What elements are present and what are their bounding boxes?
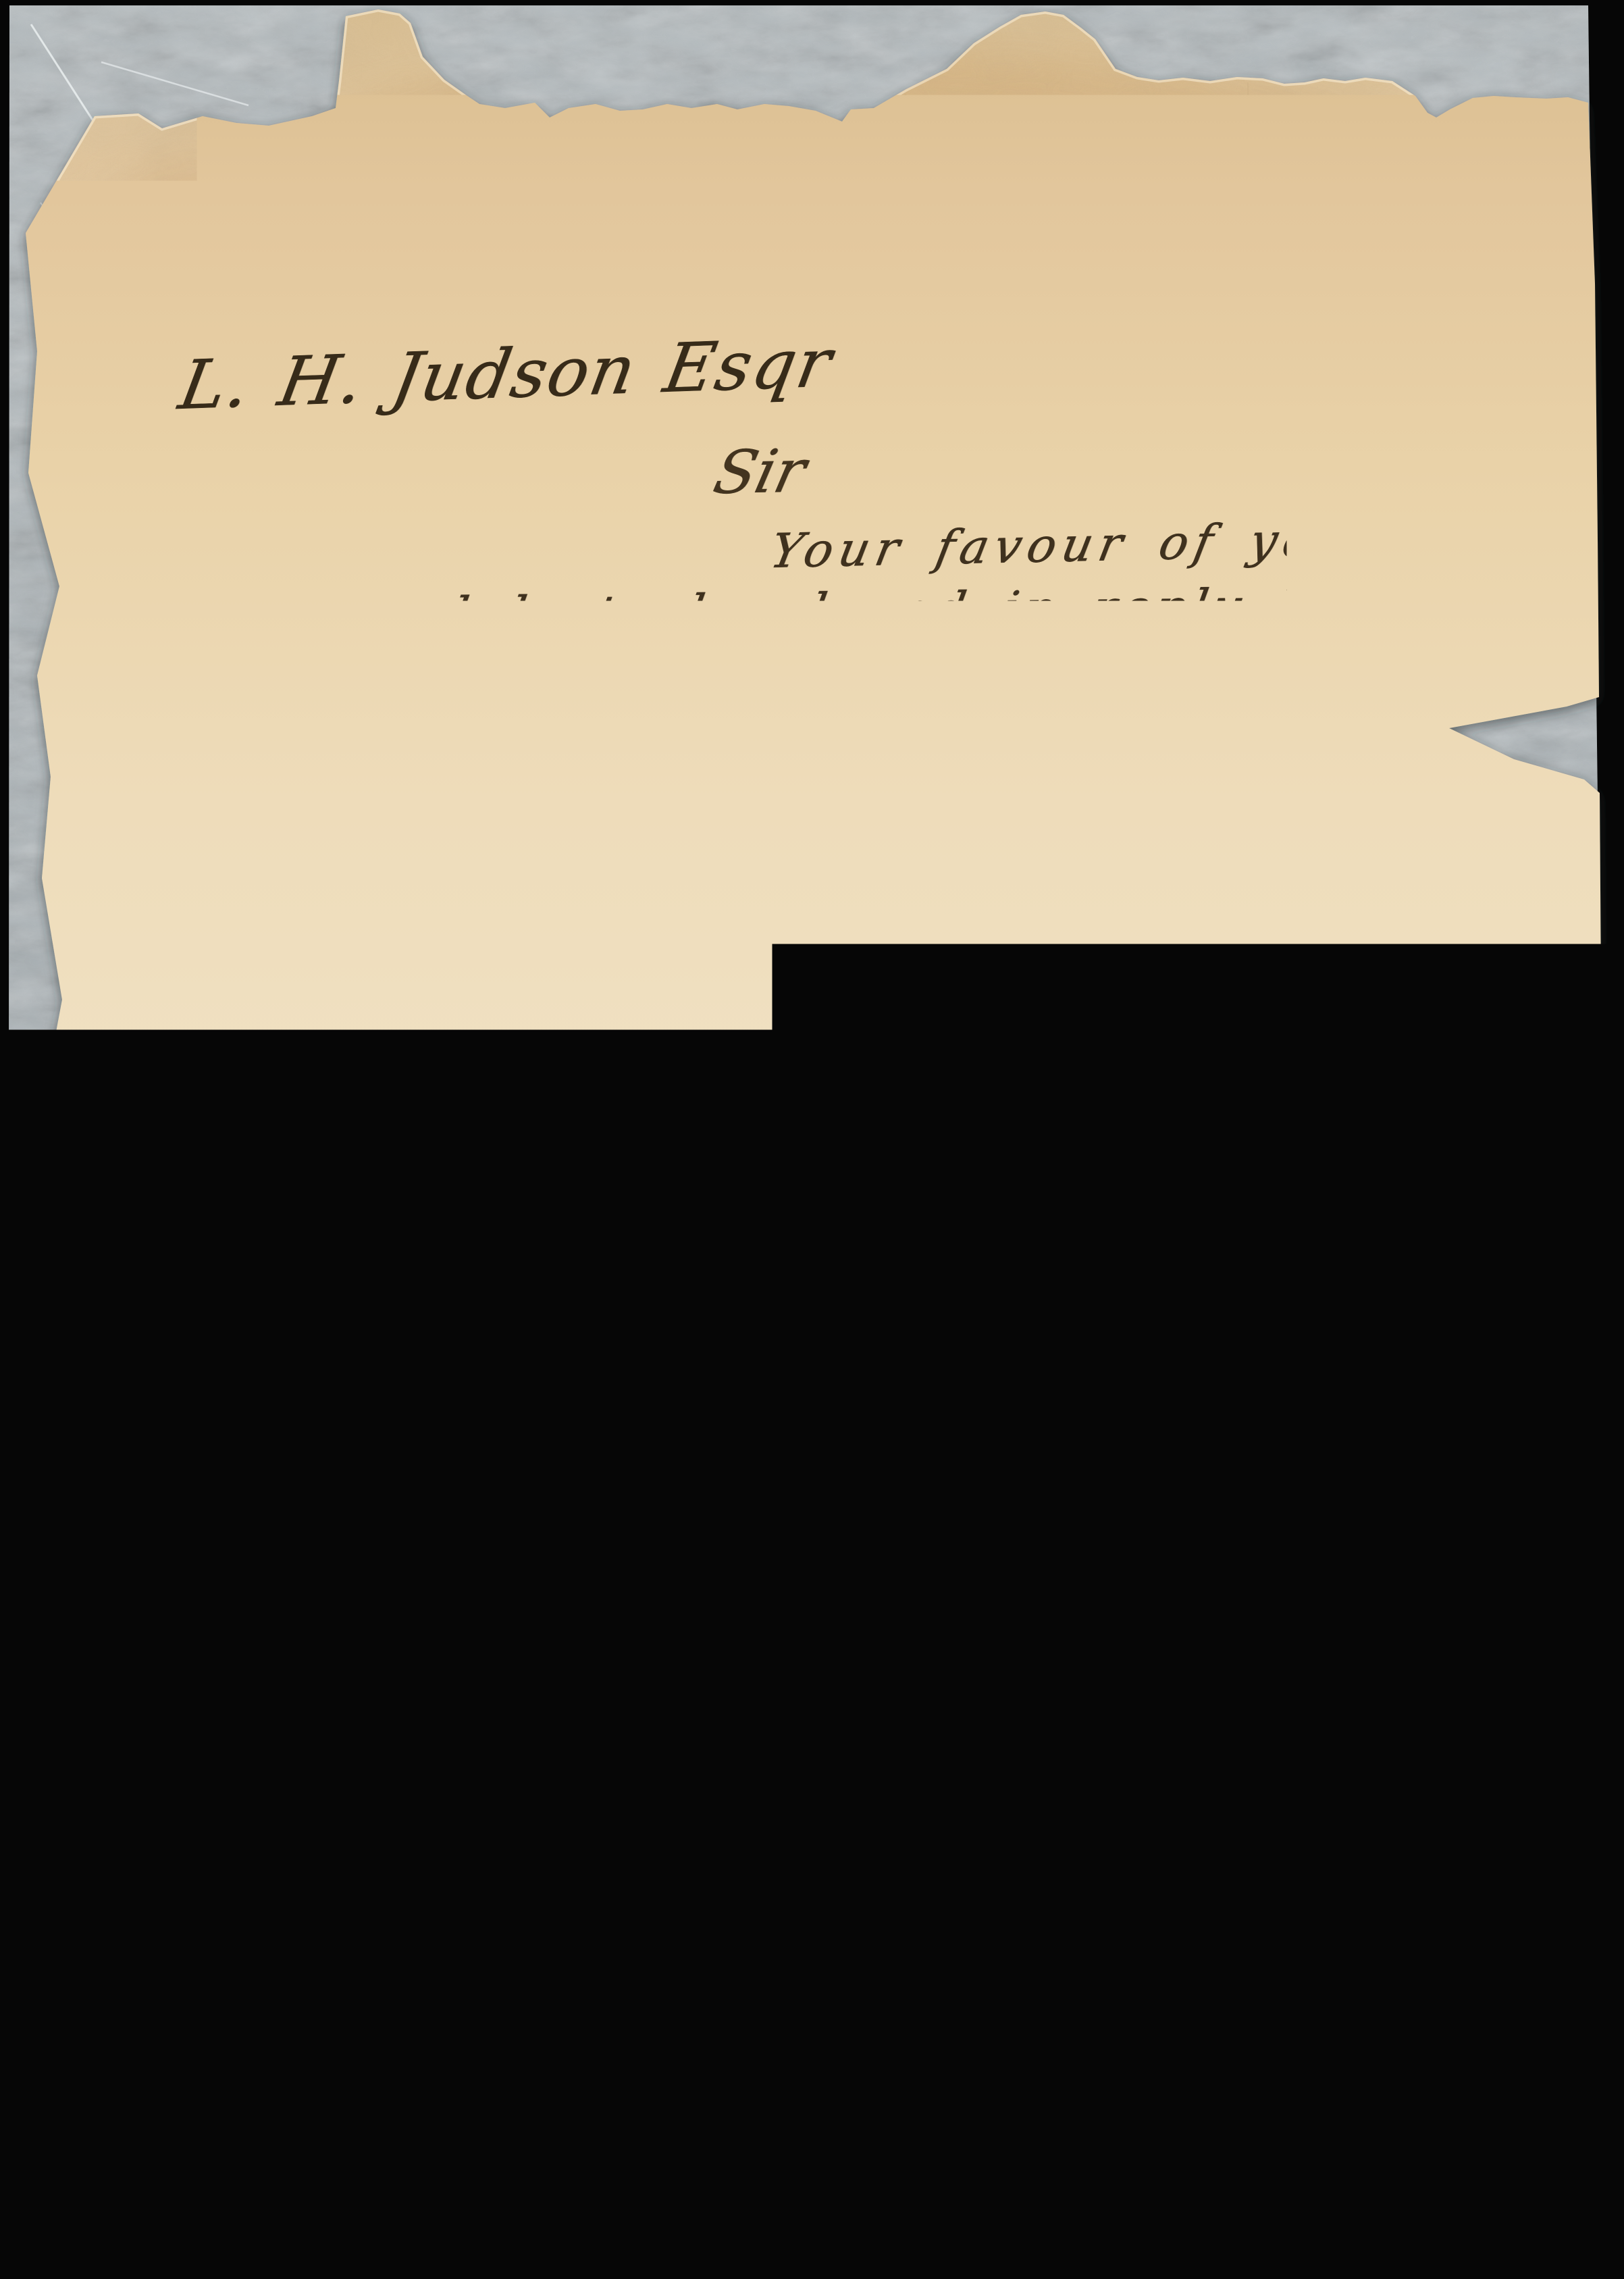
postscript-line-4: me I did you and myself injustice [352,1995,1461,2070]
text-segment: Your Humble obt. [242,1453,824,1514]
underlined-word: like [1039,710,1161,773]
body-line-5: Simpletons, and the sooner such hon- [226,777,1415,851]
scanned-letter-page: L. H. Judson Esqr Sir Your favour of yes… [0,0,1624,2279]
text-segment: contest about such a worthless [255,910,1236,975]
dateline: Wallamet Nov 27th 1848 [145,1574,1154,1681]
text-segment: improprieties towards eachother. The [359,2196,1573,2272]
body-line-3: only to say we have all erred and [253,642,1333,709]
text-segment: the better for us, and all [242,1249,1081,1313]
postscript-line-6: of us will soon be guilty of such [355,2130,1437,2205]
heavy-ink-word: injustice [1147,1995,1461,2056]
text-segment: Your favour of yesterday [766,507,1545,579]
text-segment: by such language, and hope neither [359,2062,1533,2137]
inserted-word: but [826,1439,874,1466]
underlined-word: Simpletons [225,790,565,858]
body-line-2: come duly to hand and in reply I have [248,576,1477,644]
text-segment: probably equally desired [550,1177,1354,1241]
body-line-8: Vagabond as that prisoner, and [242,971,1224,1036]
heavy-ink-word: which [1006,1108,1189,1166]
text-segment: acted imprudently if not [248,711,1049,775]
body-line-12: the better for us, and all concerned- [242,1246,1410,1313]
body-line-9: all with the community unite in [242,1038,1246,1104]
postscript-line-1: N.B. In answer to your remarks touching [244,1789,1588,1867]
heavy-ink-phrase: all treated [1066,1934,1418,1995]
body-line-15: Your Humble obt. buttoo hasty Servant [242,1448,1371,1514]
salutation-text: Sir [708,436,812,507]
text-segment: N.B. In answer to your remarks [244,1793,1317,1867]
text-segment: properly punishing him, [235,1110,1015,1174]
heavy-ink-phrase: one & all of this [708,1387,1247,1448]
body-line-13: in the mean time believe me very [248,1323,1318,1389]
dateline-text: Wallamet Nov 27th 1848 [145,1574,1154,1681]
postscript-line-2: hard names I acknowledge the corn- [359,1863,1550,1939]
faded-segment: as improperly as you [355,1940,1077,2007]
underlined-phrase: acknowledge the corn- [816,1863,1551,1938]
text-segment: of us will soon be guilty of such [355,2130,1437,2205]
salutation: Sir [708,436,812,507]
cramped-word: fraternity [1238,1400,1438,1438]
heavy-ink-word: each [412,1185,558,1242]
insertion-group: buttoo [815,1452,918,1508]
body-line-1: Your favour of yesterday [766,507,1545,579]
body-line-10: properly punishing him, which we [235,1108,1301,1174]
recipient-name: L. H. Judson Esqr [174,324,838,425]
heavy-ink-word: touching [1306,1789,1588,1849]
text-segment: we [1180,1108,1301,1164]
underlined-word: mad [1183,709,1315,772]
text-segment: Vagabond as that prisoner, and [242,971,1224,1036]
text-segment: come duly to hand and in reply I have [248,576,1477,644]
text-segment: have [242,1187,421,1244]
body-line-4: acted imprudently if not like mad [248,709,1315,775]
text-segment: in the mean time believe me very [248,1323,1318,1389]
postscript-line-5: by such language, and hope neither [359,2062,1533,2137]
text-segment: me I did you and [352,2004,955,2070]
postscript-line-3: as improperly as you all treated [355,1934,1417,2007]
postscript-line-7: improprieties towards eachother. The [359,2196,1573,2272]
faded-segment: hard names I [359,1875,827,1939]
underlined-word: myself [943,2001,1157,2066]
body-line-7: contest about such a worthless [255,910,1236,975]
text-segment: sincerely with [242,1392,716,1452]
letter-text-layer: L. H. Judson Esqr Sir Your favour of yes… [0,0,1624,2279]
recipient-line: L. H. Judson Esqr [174,324,838,425]
underlined-word: concerned- [1071,1246,1410,1311]
text-segment: only to say we have all erred and [253,642,1333,709]
text-segment: all with the community unite in [242,1038,1246,1104]
body-line-11: have each probably equally desired [242,1177,1353,1244]
text-segment: , and the sooner such hon- [556,777,1415,846]
